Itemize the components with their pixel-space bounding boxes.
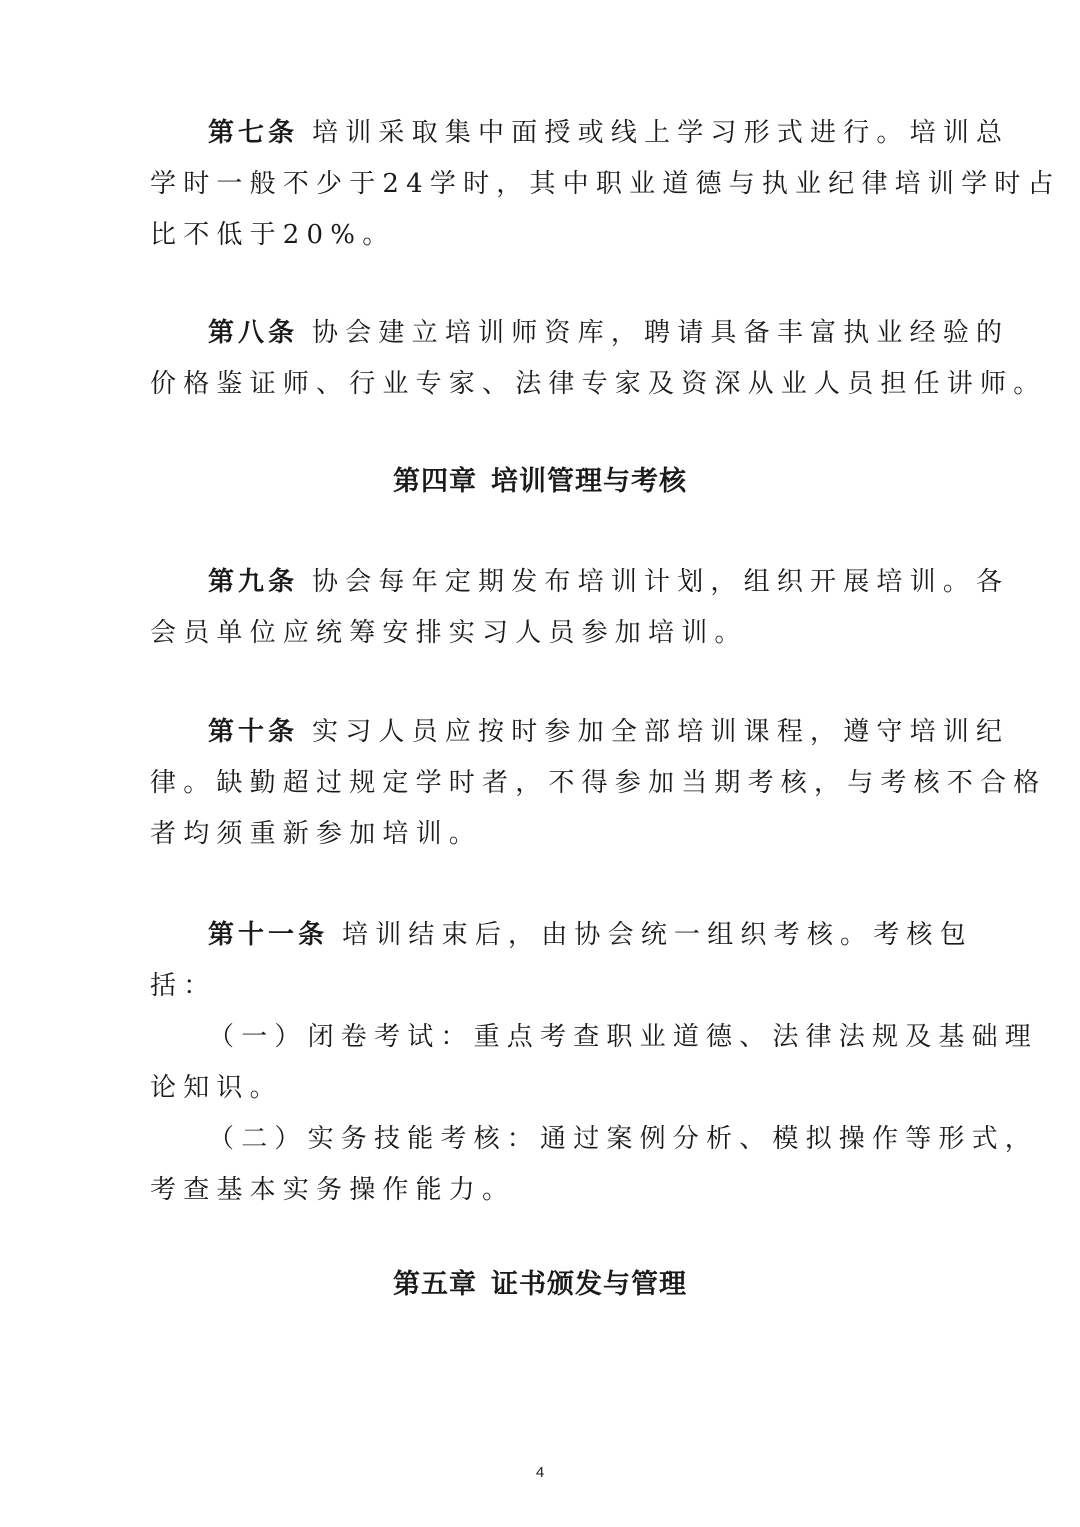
article-7-label: 第七条 — [208, 118, 298, 148]
article-11-line-1: 第十一条培训结束后，由协会统一组织考核。考核包 — [208, 918, 920, 952]
article-7-line-1: 第七条培训采取集中面授或线上学习形式进行。培训总 — [208, 116, 920, 150]
chapter-4-heading: 第四章培训管理与考核 — [0, 465, 1080, 499]
article-10-text: 实习人员应按时参加全部培训课程，遵守培训纪 — [312, 717, 1009, 747]
article-11-item-1-line-2: 论知识。 — [150, 1071, 920, 1105]
article-11-item-2-line-1: （二）实务技能考核：通过案例分析、模拟操作等形式， — [208, 1122, 920, 1156]
article-8-line-1: 第八条协会建立培训师资库，聘请具备丰富执业经验的 — [208, 316, 920, 350]
article-11-text: 培训结束后，由协会统一组织考核。考核包 — [342, 920, 973, 950]
article-11-line-2: 括： — [150, 969, 920, 1003]
article-9-text: 协会每年定期发布培训计划，组织开展培训。各 — [312, 567, 1009, 597]
chapter-5-number: 第五章 — [393, 1269, 477, 1300]
chapter-4-number: 第四章 — [393, 466, 477, 497]
chapter-5-heading: 第五章证书颁发与管理 — [0, 1268, 1080, 1302]
article-11-item-1-line-1: （一）闭卷考试：重点考查职业道德、法律法规及基础理 — [208, 1020, 920, 1054]
article-7-line-2: 学时一般不少于24学时，其中职业道德与执业纪律培训学时占 — [150, 167, 920, 201]
article-7-line-3: 比不低于20%。 — [150, 218, 920, 252]
page-number: 4 — [0, 1464, 1080, 1481]
article-10-line-2: 律。缺勤超过规定学时者，不得参加当期考核，与考核不合格 — [150, 766, 920, 800]
article-11-label: 第十一条 — [208, 920, 328, 950]
article-9-line-1: 第九条协会每年定期发布培训计划，组织开展培训。各 — [208, 565, 920, 599]
article-8-label: 第八条 — [208, 318, 298, 348]
article-8-text: 协会建立培训师资库，聘请具备丰富执业经验的 — [312, 318, 1009, 348]
article-9-label: 第九条 — [208, 567, 298, 597]
article-8-line-2: 价格鉴证师、行业专家、法律专家及资深从业人员担任讲师。 — [150, 367, 920, 401]
article-9-line-2: 会员单位应统筹安排实习人员参加培训。 — [150, 616, 920, 650]
article-7-text: 培训采取集中面授或线上学习形式进行。培训总 — [312, 118, 1009, 148]
chapter-5-title: 证书颁发与管理 — [491, 1269, 687, 1300]
chapter-4-title: 培训管理与考核 — [491, 466, 687, 497]
article-10-line-1: 第十条实习人员应按时参加全部培训课程，遵守培训纪 — [208, 715, 920, 749]
article-10-label: 第十条 — [208, 717, 298, 747]
article-10-line-3: 者均须重新参加培训。 — [150, 817, 920, 851]
article-11-item-2-line-2: 考查基本实务操作能力。 — [150, 1173, 920, 1207]
